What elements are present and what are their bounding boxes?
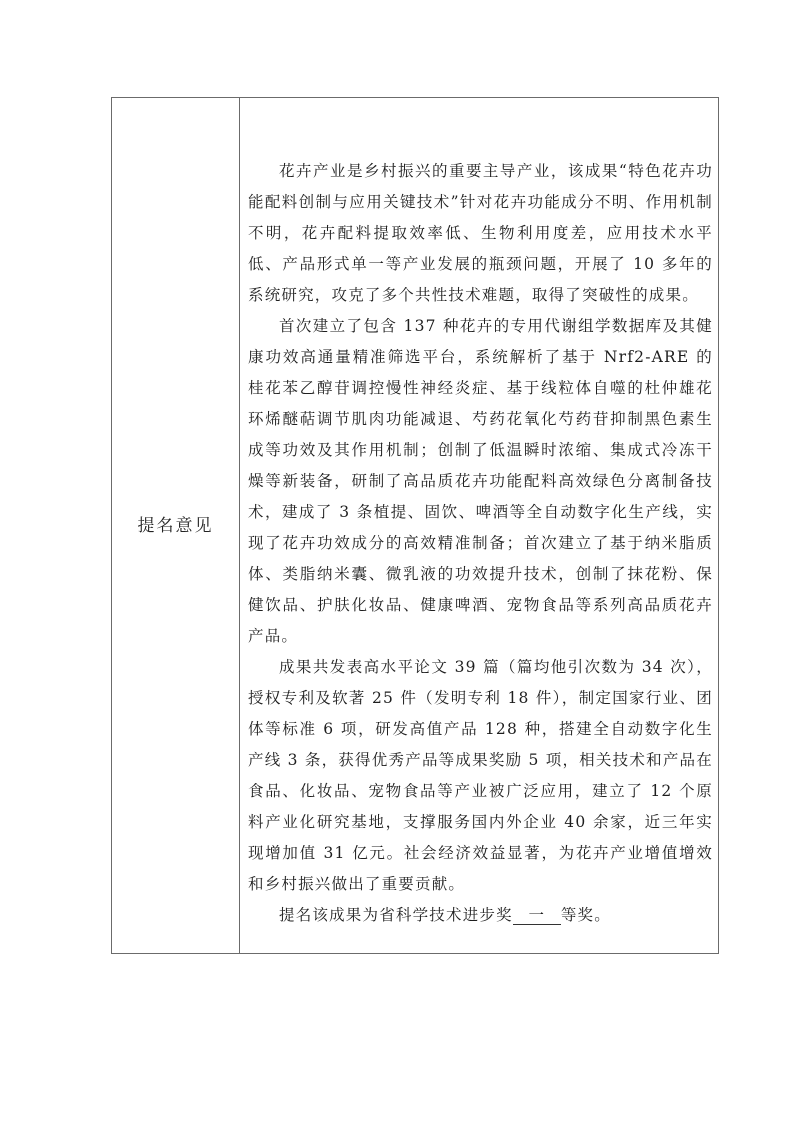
content-cell: 花卉产业是乡村振兴的重要主导产业，该成果“特色花卉功能配料创制与应用关键技术”针…	[240, 98, 718, 953]
nomination-suffix: 等奖。	[561, 906, 611, 924]
nomination-opinion-table: 提名意见 花卉产业是乡村振兴的重要主导产业，该成果“特色花卉功能配料创制与应用关…	[111, 97, 719, 954]
paragraph-achievements: 成果共发表高水平论文 39 篇（篇均他引次数为 34 次），授权专利及软著 25…	[248, 652, 713, 900]
opinion-body: 花卉产业是乡村振兴的重要主导产业，该成果“特色花卉功能配料创制与应用关键技术”针…	[248, 156, 713, 931]
award-grade-field: 一	[513, 906, 561, 925]
paragraph-nomination: 提名该成果为省科学技术进步奖一等奖。	[248, 900, 713, 931]
label-cell: 提名意见	[112, 98, 240, 953]
paragraph-background: 花卉产业是乡村振兴的重要主导产业，该成果“特色花卉功能配料创制与应用关键技术”针…	[248, 156, 713, 311]
field-label-nomination-opinion: 提名意见	[138, 511, 214, 536]
paragraph-innovations: 首次建立了包含 137 种花卉的专用代谢组学数据库及其健康功效高通量精准筛选平台…	[248, 311, 713, 652]
nomination-prefix: 提名该成果为省科学技术进步奖	[279, 906, 513, 924]
